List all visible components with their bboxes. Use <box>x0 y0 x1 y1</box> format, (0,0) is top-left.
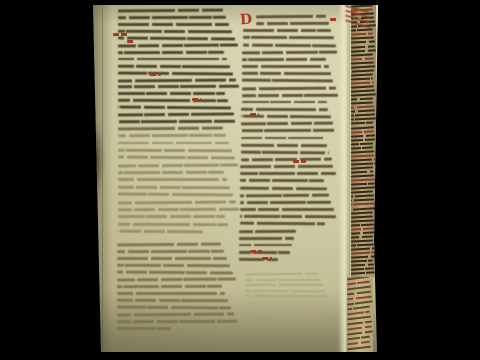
handwriting-line <box>351 203 375 206</box>
handwriting-line <box>351 130 374 133</box>
handwriting-line <box>117 250 224 253</box>
handwriting-line <box>240 179 324 182</box>
handwriting-line <box>351 255 376 258</box>
handwriting-line <box>256 22 329 25</box>
handwriting-line <box>351 219 374 222</box>
handwriting-line <box>118 92 225 95</box>
handwriting-line <box>117 306 231 310</box>
handwriting-line <box>117 285 222 288</box>
handwriting-line <box>118 222 228 225</box>
handwriting-line <box>240 215 336 218</box>
handwriting-line <box>351 207 375 210</box>
handwriting-line <box>351 211 373 214</box>
handwriting-line <box>351 272 375 275</box>
handwriting-line <box>117 312 234 316</box>
handwriting-line <box>241 129 336 132</box>
handwriting-line <box>351 85 374 88</box>
handwriting-line <box>347 336 370 341</box>
handwriting-line <box>240 186 327 189</box>
page-edge-shadow <box>91 105 107 215</box>
manuscript-photo: D <box>93 5 378 352</box>
handwriting-line <box>351 106 374 109</box>
handwriting-line <box>241 144 327 147</box>
handwriting-line <box>242 72 331 75</box>
handwriting-line <box>351 179 375 182</box>
handwriting-line <box>242 101 327 104</box>
handwriting-line <box>351 45 375 48</box>
handwriting-line <box>351 114 375 117</box>
handwriting-line <box>351 81 374 84</box>
handwriting-line <box>239 229 296 232</box>
handwriting-line <box>118 186 230 189</box>
handwriting-line <box>351 154 374 157</box>
handwriting-line <box>118 113 234 117</box>
handwriting-line <box>118 171 224 174</box>
handwriting-line <box>347 291 371 296</box>
handwriting-line <box>351 231 376 234</box>
handwriting-line <box>351 158 375 161</box>
handwriting-line <box>118 134 226 137</box>
handwriting-line <box>351 247 375 250</box>
handwriting-line <box>347 277 369 280</box>
rubric-accent <box>192 98 201 101</box>
handwriting-line <box>351 146 373 149</box>
handwriting-line <box>351 215 373 218</box>
handwriting-line <box>351 57 374 60</box>
handwriting-line <box>351 53 373 56</box>
handwriting-line <box>239 237 294 240</box>
handwriting-line <box>239 244 292 247</box>
handwriting-line <box>351 162 376 165</box>
handwriting-line <box>118 156 235 160</box>
handwriting-line <box>117 292 225 295</box>
handwriting-line <box>118 9 223 13</box>
handwriting-line <box>347 341 370 346</box>
handwriting-line <box>117 257 227 260</box>
handwriting-line <box>351 134 375 137</box>
handwriting-line <box>351 227 375 230</box>
handwriting-line <box>351 235 373 238</box>
handwriting-line <box>347 306 370 311</box>
handwriting-line <box>118 78 236 82</box>
handwriting-line <box>351 122 373 125</box>
handwriting-line <box>117 299 228 302</box>
rubric-accent <box>150 73 161 76</box>
handwriting-line <box>351 33 373 36</box>
handwriting-line <box>242 86 336 89</box>
handwriting-line <box>240 222 325 225</box>
handwriting-line <box>351 166 373 169</box>
fore-edge-gloss-sparse <box>347 277 373 352</box>
handwriting-line <box>351 126 374 129</box>
handwriting-line <box>347 281 370 286</box>
handwriting-line <box>118 50 224 53</box>
handwriting-line <box>118 163 238 167</box>
handwriting-line <box>351 89 375 92</box>
handwriting-line <box>118 64 230 67</box>
handwriting-line <box>347 311 370 316</box>
handwriting-line <box>118 178 227 181</box>
handwriting-line <box>351 243 374 246</box>
handwriting-line <box>118 30 232 33</box>
handwriting-line <box>118 58 227 61</box>
handwriting-line <box>117 264 230 267</box>
handwriting-line <box>118 142 229 145</box>
handwriting-line <box>351 61 374 64</box>
handwriting-line <box>118 215 225 218</box>
rubric-accent <box>293 160 306 163</box>
handwriting-line <box>118 193 233 197</box>
handwriting-line <box>118 120 237 123</box>
handwriting-line <box>240 172 335 175</box>
handwriting-line <box>240 165 333 168</box>
handwriting-line <box>118 23 229 26</box>
handwriting-line <box>118 43 238 47</box>
handwriting-line <box>351 150 374 153</box>
handwriting-line <box>241 158 332 161</box>
handwriting-line <box>118 208 239 211</box>
handwriting-line <box>245 295 327 298</box>
handwriting-line <box>347 316 371 321</box>
handwriting-line <box>351 98 373 101</box>
handwriting-line <box>118 149 232 152</box>
handwriting-line <box>242 50 337 53</box>
handwriting-line <box>256 15 326 18</box>
handwriting-line <box>240 193 329 196</box>
handwriting-line <box>351 183 375 186</box>
letterbox-background: D <box>0 0 480 360</box>
handwriting-line <box>241 108 328 111</box>
handwriting-line <box>351 77 373 80</box>
rubric-accent <box>250 113 259 116</box>
handwriting-line <box>351 191 373 194</box>
handwriting-line <box>118 230 203 233</box>
handwriting-line <box>117 320 237 323</box>
handwriting-line <box>351 199 374 202</box>
handwriting-line <box>118 16 226 19</box>
handwriting-line <box>241 122 333 125</box>
handwriting-line <box>118 99 228 102</box>
handwriting-line <box>351 93 376 96</box>
handwriting-line <box>351 239 373 242</box>
rubricated-initial: D <box>240 13 253 28</box>
handwriting-line <box>117 327 171 330</box>
handwriting-line <box>118 200 236 204</box>
handwriting-line <box>351 195 374 198</box>
rubric-accent <box>250 250 262 253</box>
handwriting-line <box>243 43 336 46</box>
handwriting-line <box>347 286 371 291</box>
handwriting-line <box>351 264 374 267</box>
handwriting-line <box>351 186 376 189</box>
handwriting-line <box>240 208 334 211</box>
handwriting-line <box>351 65 375 68</box>
handwriting-line <box>241 137 324 140</box>
handwriting-line <box>241 150 329 153</box>
handwriting-line <box>245 278 321 281</box>
handwriting-line <box>351 251 375 254</box>
handwriting-line <box>347 296 372 301</box>
handwriting-line <box>351 69 375 72</box>
handwriting-line <box>347 325 372 330</box>
handwriting-line <box>118 85 239 88</box>
rubric-accent <box>127 40 135 43</box>
handwriting-line <box>118 106 231 110</box>
handwriting-line <box>351 41 375 44</box>
handwriting-line <box>351 37 374 40</box>
handwriting-line <box>351 174 374 177</box>
handwriting-line <box>242 65 329 68</box>
handwriting-line <box>118 36 235 40</box>
handwriting-line <box>118 127 223 130</box>
handwriting-line <box>347 346 371 351</box>
rubric-accent <box>262 257 272 260</box>
handwriting-line <box>118 71 233 75</box>
handwriting-line <box>351 138 375 141</box>
rubric-accent <box>330 18 338 21</box>
handwriting-line <box>351 142 373 145</box>
rubric-accent <box>113 33 128 36</box>
handwriting-line <box>245 284 323 286</box>
handwriting-line <box>351 73 373 76</box>
handwriting-line <box>351 170 373 173</box>
handwriting-line <box>242 79 333 82</box>
handwriting-line <box>245 290 325 293</box>
handwriting-line <box>351 49 376 52</box>
handwriting-line <box>351 223 374 226</box>
handwriting-line <box>243 29 331 32</box>
handwriting-line <box>347 321 372 326</box>
handwriting-line <box>240 201 331 204</box>
handwriting-line <box>351 118 376 121</box>
handwriting-line <box>239 251 290 254</box>
handwriting-line <box>351 268 374 271</box>
handwriting-line <box>351 102 373 105</box>
handwriting-line <box>351 260 373 263</box>
handwriting-line <box>242 58 326 61</box>
handwriting-line <box>242 93 338 96</box>
fore-edge-gloss-dense <box>351 5 376 277</box>
handwriting-line <box>351 110 375 113</box>
handwriting-line <box>117 270 233 274</box>
handwriting-line <box>351 29 373 32</box>
handwriting-line <box>243 36 334 39</box>
handwriting-line <box>245 273 319 276</box>
handwriting-line <box>117 277 236 281</box>
handwriting-line <box>117 243 221 247</box>
